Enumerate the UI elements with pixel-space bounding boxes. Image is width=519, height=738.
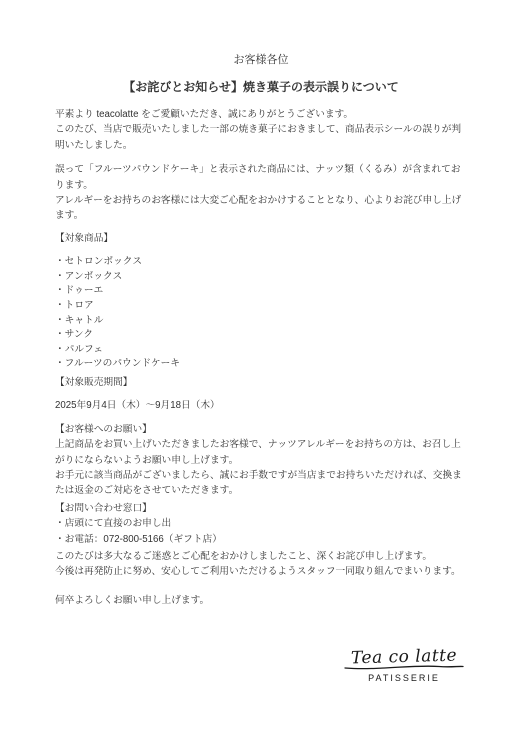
intro-line: 平素より teacolatte をご愛顧いただき、誠にありがとうございます。 — [55, 107, 467, 122]
intro-paragraph: 平素より teacolatte をご愛顧いただき、誠にありがとうございます。 こ… — [55, 107, 467, 153]
notice-title: 【お詫びとお知らせ】焼き菓子の表示誤りについて — [55, 79, 467, 95]
product-item: ・パルフェ — [55, 343, 467, 358]
brand-logo: Tea co latte PATISSERIE — [343, 648, 465, 684]
customer-request-line: 上記商品をお買い上げいただきましたお客様で、ナッツアレルギーをお持ちの方は、お召… — [55, 437, 467, 468]
product-item: ・サンク — [55, 328, 467, 343]
contact-item-store: ・店頭にて直接のお申し出 — [55, 516, 467, 531]
error-notice-line: アレルギーをお持ちのお客様には大変ご心配をおかけすることとなり、心よりお詫び申し… — [55, 193, 467, 224]
error-notice-line: 誤って「フルーツパウンドケーキ」と表示された商品には、ナッツ類（くるみ）が含まれ… — [55, 162, 467, 193]
product-item: ・セトロンボックス — [55, 255, 467, 270]
contact-item-phone: ・お電話：072-800-5166（ギフト店） — [55, 532, 467, 547]
customer-request-paragraph: 上記商品をお買い上げいただきましたお客様で、ナッツアレルギーをお持ちの方は、お召… — [55, 437, 467, 499]
closing-line: このたびは多大なるご迷惑とご心配をおかけしましたこと、深くお詫び申し上げます。 — [55, 549, 467, 564]
closing-paragraph: このたびは多大なるご迷惑とご心配をおかけしましたこと、深くお詫び申し上げます。 … — [55, 549, 467, 580]
recipient-line: お客様各位 — [55, 53, 467, 68]
product-item: ・トロア — [55, 299, 467, 314]
intro-line: このたび、当店で販売いたしました一部の焼き菓子におきまして、商品表示シールの誤り… — [55, 122, 467, 153]
error-notice-paragraph: 誤って「フルーツパウンドケーキ」と表示された商品には、ナッツ類（くるみ）が含まれ… — [55, 162, 467, 224]
brand-subtitle: PATISSERIE — [368, 673, 440, 684]
brand-signature: Tea co latte — [351, 647, 458, 668]
contact-heading: 【お問い合わせ窓口】 — [55, 501, 467, 516]
product-item: ・キャトル — [55, 314, 467, 329]
products-heading: 【対象商品】 — [55, 231, 467, 246]
product-item: ・フルーツのパウンドケーキ — [55, 357, 467, 372]
customer-request-heading: 【お客様へのお願い】 — [55, 422, 467, 437]
sales-period-heading: 【対象販売期間】 — [55, 375, 467, 390]
product-item: ・アンボックス — [55, 270, 467, 285]
product-list: ・セトロンボックス ・アンボックス ・ドゥーエ ・トロア ・キャトル ・サンク … — [55, 255, 467, 372]
product-item: ・ドゥーエ — [55, 284, 467, 299]
closing-line: 今後は再発防止に努め、安心してご利用いただけるようスタッフ一同取り組んでまいりま… — [55, 564, 467, 579]
contact-list: ・店頭にて直接のお申し出 ・お電話：072-800-5166（ギフト店） — [55, 516, 467, 547]
sales-period-value: 2025年9月4日（木）〜9月18日（木） — [55, 398, 467, 413]
customer-request-line: お手元に該当商品がございましたら、誠にお手数ですが当店までお持ちいただければ、交… — [55, 468, 467, 499]
regards-line: 何卒よろしくお願い申し上げます。 — [55, 593, 467, 608]
notice-document: お客様各位 【お詫びとお知らせ】焼き菓子の表示誤りについて 平素より teaco… — [0, 0, 519, 738]
